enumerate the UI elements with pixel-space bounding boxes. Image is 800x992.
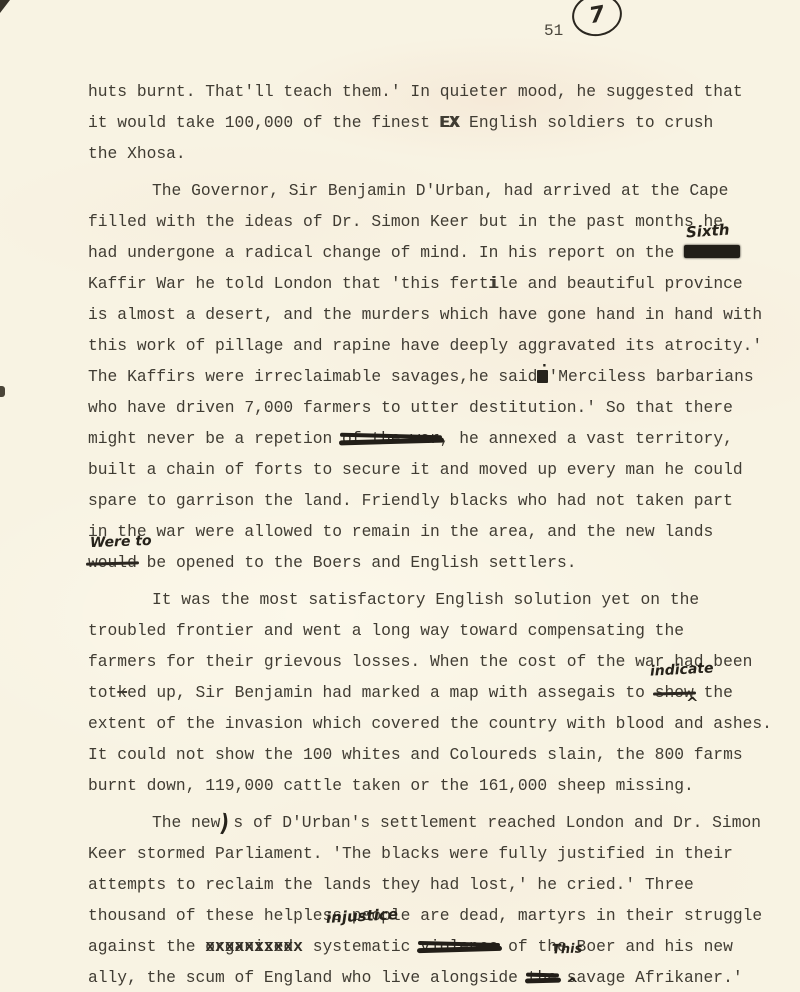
typed-segment: burnt down, 119,000 cattle taken or the …: [88, 776, 694, 795]
edge-ink-mark: [0, 386, 5, 397]
typed-segment: the Xhosa.: [88, 144, 186, 163]
typed-segment: had undergone a radical change of mind. …: [88, 243, 684, 262]
overtyped-text: EX: [440, 113, 460, 132]
typed-line: It could not show the 100 whites and Col…: [88, 739, 772, 770]
typed-over-word: organizedxxxxxxxxxxx: [205, 931, 303, 962]
typed-line: attempts to reclaim the lands they had l…: [88, 869, 772, 900]
typed-segment: Kaffir War he told London that 'this fer…: [88, 274, 489, 293]
typed-segment: savage Afrikaner.': [557, 968, 743, 987]
typed-line: spare to garrison the land. Friendly bla…: [88, 485, 772, 516]
typed-segment: systematic: [303, 937, 420, 956]
typed-segment: extent of the invasion which covered the…: [88, 714, 772, 733]
typed-line: Kaffir War he told London that 'this fer…: [88, 268, 772, 299]
inserted-colon: :: [539, 353, 549, 384]
typed-line: is almost a desert, and the murders whic…: [88, 299, 772, 330]
typed-line: It was the most satisfactory English sol…: [88, 584, 772, 615]
scribbled-out-word: violence: [420, 937, 498, 956]
typed-line: who have driven 7,000 farmers to utter d…: [88, 392, 772, 423]
ink-blot: :: [537, 370, 548, 383]
typed-line: thousand of these helpless people are de…: [88, 900, 772, 931]
typed-segment: might never be a repetion: [88, 429, 342, 448]
typed-segment: The Governor, Sir Benjamin D'Urban, had …: [152, 181, 728, 200]
manuscript-page: 7 51 huts burnt. That'll teach them.' In…: [0, 0, 800, 992]
typed-segment: who have driven 7,000 farmers to utter d…: [88, 398, 733, 417]
typed-segment: it would take 100,000 of the finest: [88, 113, 440, 132]
typed-line: troubled frontier and went a long way to…: [88, 615, 772, 646]
typed-segment: attempts to reclaim the lands they had l…: [88, 875, 694, 894]
typed-line: Keer stormed Parliament. 'The blacks wer…: [88, 838, 772, 869]
typed-segment: English soldiers to crush: [459, 113, 713, 132]
paragraph: The Governor, Sir Benjamin D'Urban, had …: [88, 175, 772, 578]
hw-indicate: indicate: [650, 661, 714, 678]
typed-line: built a chain of forts to secure it and …: [88, 454, 772, 485]
typed-line: huts burnt. That'll teach them.' In quie…: [88, 76, 772, 107]
typed-segment: , he annexed a vast territory,: [440, 429, 733, 448]
typed-segment: thousand of these helpless people are de…: [88, 906, 762, 925]
typed-strikethrough: k: [117, 683, 127, 702]
typed-line: had undergone a radical change of mind. …: [88, 237, 772, 268]
typed-segment: The new: [152, 813, 220, 832]
overtyped-text: i: [489, 274, 499, 293]
typed-segment: in the war were allowed to remain in the…: [88, 522, 713, 541]
hw-sixth: Sixth: [686, 223, 730, 241]
typed-line: filled with the ideas of Dr. Simon Keer …: [88, 206, 772, 237]
typed-segment: ed up, Sir Benjamin had marked a map wit…: [127, 683, 655, 702]
typed-segment: tot: [88, 683, 117, 702]
typed-segment: Keer stormed Parliament. 'The blacks wer…: [88, 844, 733, 863]
hw-caret-this: ^: [566, 977, 579, 992]
typed-segment: ally, the scum of England who live along…: [88, 968, 528, 987]
pen-struck-word: would: [88, 553, 137, 572]
typed-segment: troubled frontier and went a long way to…: [88, 621, 684, 640]
typed-segment: be opened to the Boers and English settl…: [137, 553, 577, 572]
typed-segment: le and beautiful province: [498, 274, 742, 293]
typed-line: The Kaffirs were irreclaimable savages,h…: [88, 361, 772, 392]
typed-line: burnt down, 119,000 cattle taken or the …: [88, 770, 772, 801]
handwritten-page-circle: 7: [569, 0, 626, 40]
paragraph: It was the most satisfactory English sol…: [88, 584, 772, 801]
typed-line: ally, the scum of England who live along…: [88, 962, 772, 992]
typed-line: The new)s of D'Urban's settlement reache…: [88, 807, 772, 838]
typed-line: would be opened to the Boers and English…: [88, 547, 772, 578]
typed-segment: the: [694, 683, 733, 702]
typed-segment: built a chain of forts to secure it and …: [88, 460, 743, 479]
typed-line: the Xhosa.: [88, 138, 772, 169]
hw-were-to: Were to: [90, 534, 152, 550]
typed-line: it would take 100,000 of the finest EX E…: [88, 107, 772, 138]
typed-segment: filled with the ideas of Dr. Simon Keer …: [88, 212, 723, 231]
typed-line: this work of pillage and rapine have dee…: [88, 330, 772, 361]
typed-line: totked up, Sir Benjamin had marked a map…: [88, 677, 772, 708]
typed-line: extent of the invasion which covered the…: [88, 708, 772, 739]
scribbled-out-word: the: [528, 968, 557, 987]
circled-number: 7: [587, 1, 606, 28]
typed-line: in the war were allowed to remain in the…: [88, 516, 772, 547]
hw-this: This: [552, 942, 583, 956]
typed-segment: of the Boer and his new: [498, 937, 733, 956]
hw-caret-indicate: ^: [686, 696, 699, 711]
paragraph: huts burnt. That'll teach them.' In quie…: [88, 76, 772, 169]
typed-line: The Governor, Sir Benjamin D'Urban, had …: [88, 175, 772, 206]
typed-line: against the organizedxxxxxxxxxxx systema…: [88, 931, 772, 962]
corner-ink-mark: [0, 0, 10, 13]
page-number: 51: [544, 22, 563, 40]
scribbled-out-word: of the war: [342, 429, 440, 448]
hw-injustice: injustice: [326, 907, 399, 926]
typed-segment: 'Merciless barbarians: [548, 367, 753, 386]
typed-text-body: huts burnt. That'll teach them.' In quie…: [88, 76, 772, 992]
typed-segment: this work of pillage and rapine have dee…: [88, 336, 762, 355]
typed-segment: The Kaffirs were irreclaimable savages,h…: [88, 367, 537, 386]
typed-segment: is almost a desert, and the murders whic…: [88, 305, 762, 324]
typed-segment: spare to garrison the land. Friendly bla…: [88, 491, 733, 510]
typed-segment: It could not show the 100 whites and Col…: [88, 745, 743, 764]
typed-segment: against the: [88, 937, 205, 956]
typed-line: might never be a repetion of the war, he…: [88, 423, 772, 454]
typed-segment: s of D'Urban's settlement reached London…: [233, 813, 761, 832]
redacted-word: [684, 245, 740, 258]
paragraph: The new)s of D'Urban's settlement reache…: [88, 807, 772, 992]
typed-segment: It was the most satisfactory English sol…: [152, 590, 699, 609]
typed-over-xs: xxxxxxxxxx: [205, 931, 303, 962]
typed-segment: huts burnt. That'll teach them.' In quie…: [88, 82, 743, 101]
